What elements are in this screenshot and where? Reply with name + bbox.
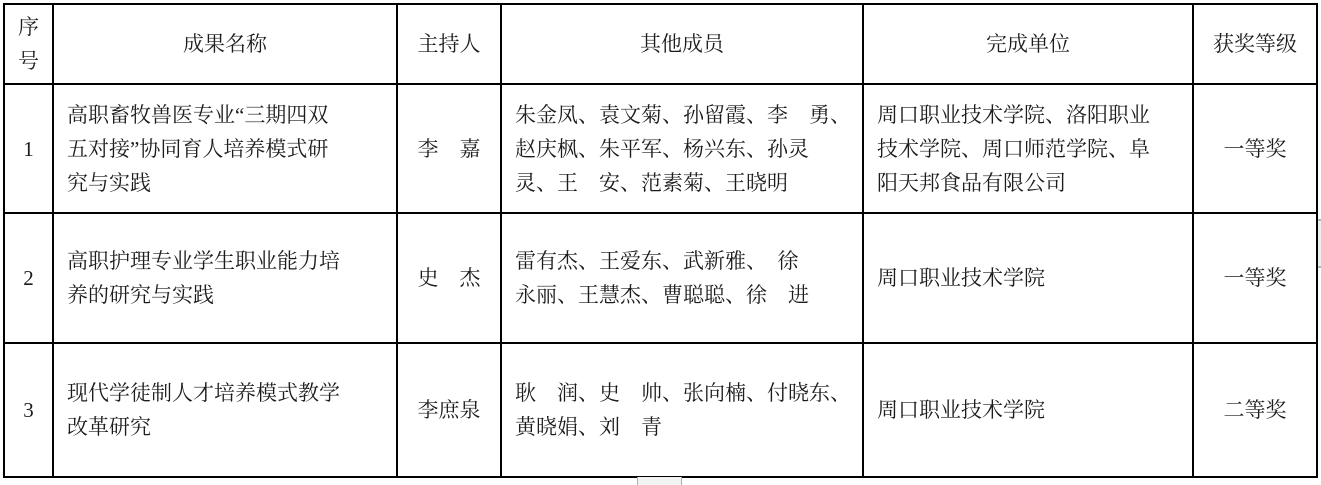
cell-organization: 周口职业技术学院 — [863, 343, 1193, 477]
header-name: 成果名称 — [53, 4, 397, 84]
cell-award-level: 二等奖 — [1193, 343, 1317, 477]
cell-leader: 史 杰 — [397, 213, 501, 343]
cell-index: 2 — [4, 213, 53, 343]
cell-award-level: 一等奖 — [1193, 213, 1317, 343]
cell-index: 1 — [4, 84, 53, 213]
cell-organization: 周口职业技术学院 — [863, 213, 1193, 343]
cell-result-name: 现代学徒制人才培养模式教学 改革研究 — [53, 343, 397, 477]
cell-members: 耿 润、史 帅、张向楠、付晓东、 黄晓娟、刘 青 — [501, 343, 863, 477]
header-index: 序 号 — [4, 4, 53, 84]
table-row: 2 高职护理专业学生职业能力培 养的研究与实践 史 杰 雷有杰、王爱东、武新雅、… — [4, 213, 1317, 343]
cell-index: 3 — [4, 343, 53, 477]
header-members: 其他成员 — [501, 4, 863, 84]
cell-award-level: 一等奖 — [1193, 84, 1317, 213]
horizontal-scrollbar-thumb[interactable] — [637, 477, 682, 485]
document-page: 序 号 成果名称 主持人 其他成员 完成单位 获奖等级 1 高职畜牧兽医专业“三… — [0, 0, 1321, 485]
table-header-row: 序 号 成果名称 主持人 其他成员 完成单位 获奖等级 — [4, 4, 1317, 84]
cell-result-name: 高职畜牧兽医专业“三期四双 五对接”协同育人培养模式研 究与实践 — [53, 84, 397, 213]
cell-organization: 周口职业技术学院、洛阳职业 技术学院、周口师范学院、阜 阳天邦食品有限公司 — [863, 84, 1193, 213]
cell-leader: 李庶泉 — [397, 343, 501, 477]
cell-result-name: 高职护理专业学生职业能力培 养的研究与实践 — [53, 213, 397, 343]
header-award: 获奖等级 — [1193, 4, 1317, 84]
cell-leader: 李 嘉 — [397, 84, 501, 213]
header-leader: 主持人 — [397, 4, 501, 84]
cell-members: 雷有杰、王爱东、武新雅、 徐 永丽、王慧杰、曹聪聪、徐 进 — [501, 213, 863, 343]
header-org: 完成单位 — [863, 4, 1193, 84]
table-row: 3 现代学徒制人才培养模式教学 改革研究 李庶泉 耿 润、史 帅、张向楠、付晓东… — [4, 343, 1317, 477]
table-row: 1 高职畜牧兽医专业“三期四双 五对接”协同育人培养模式研 究与实践 李 嘉 朱… — [4, 84, 1317, 213]
cell-members: 朱金凤、袁文菊、孙留霞、李 勇、 赵庆枫、朱平军、杨兴东、孙灵 灵、王 安、范素… — [501, 84, 863, 213]
awards-table: 序 号 成果名称 主持人 其他成员 完成单位 获奖等级 1 高职畜牧兽医专业“三… — [3, 3, 1318, 478]
